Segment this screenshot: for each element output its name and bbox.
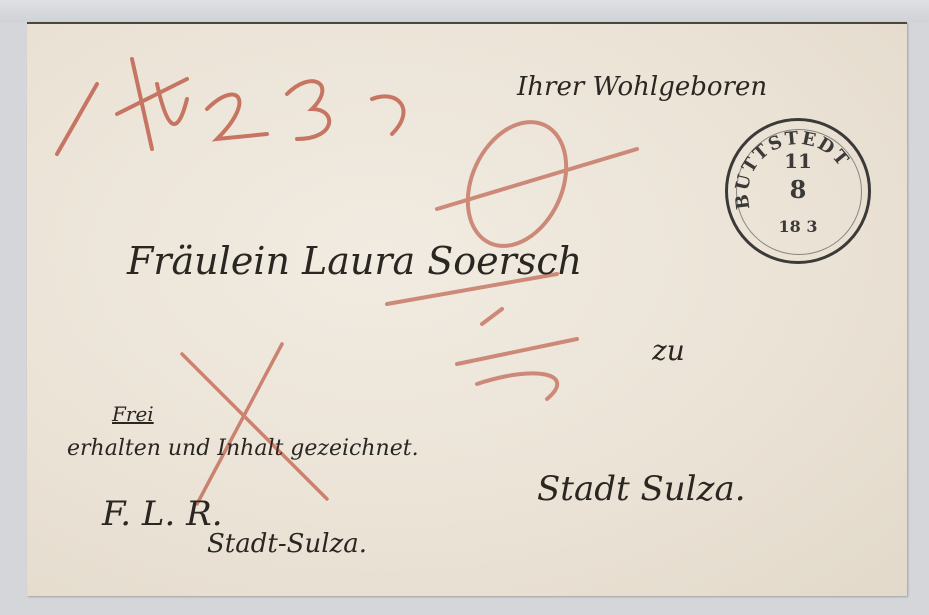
preposition-line: zu: [652, 334, 685, 367]
postmark-year: 18 3: [728, 217, 868, 236]
recipient-line: Fräulein Laura Soersch: [127, 239, 582, 283]
photo-background: [0, 0, 929, 22]
envelope: Ihrer Wohlgeboren Fräulein Laura Soersch…: [27, 22, 907, 596]
destination-line: Stadt Sulza.: [537, 469, 746, 509]
honorific-line: Ihrer Wohlgeboren: [517, 72, 767, 102]
postmark: BUTTSTEDT 11 8 18 3: [725, 118, 871, 264]
red-crayon-cross: [167, 334, 347, 514]
sender-place: Stadt-Sulza.: [207, 529, 367, 559]
sender-note: erhalten und Inhalt gezeichnet.: [67, 436, 419, 461]
postmark-month: 8: [728, 175, 868, 204]
sender-initials: F. L. R.: [102, 494, 223, 534]
postmark-day: 11: [728, 149, 868, 173]
sender-frei: Frei: [112, 402, 154, 426]
